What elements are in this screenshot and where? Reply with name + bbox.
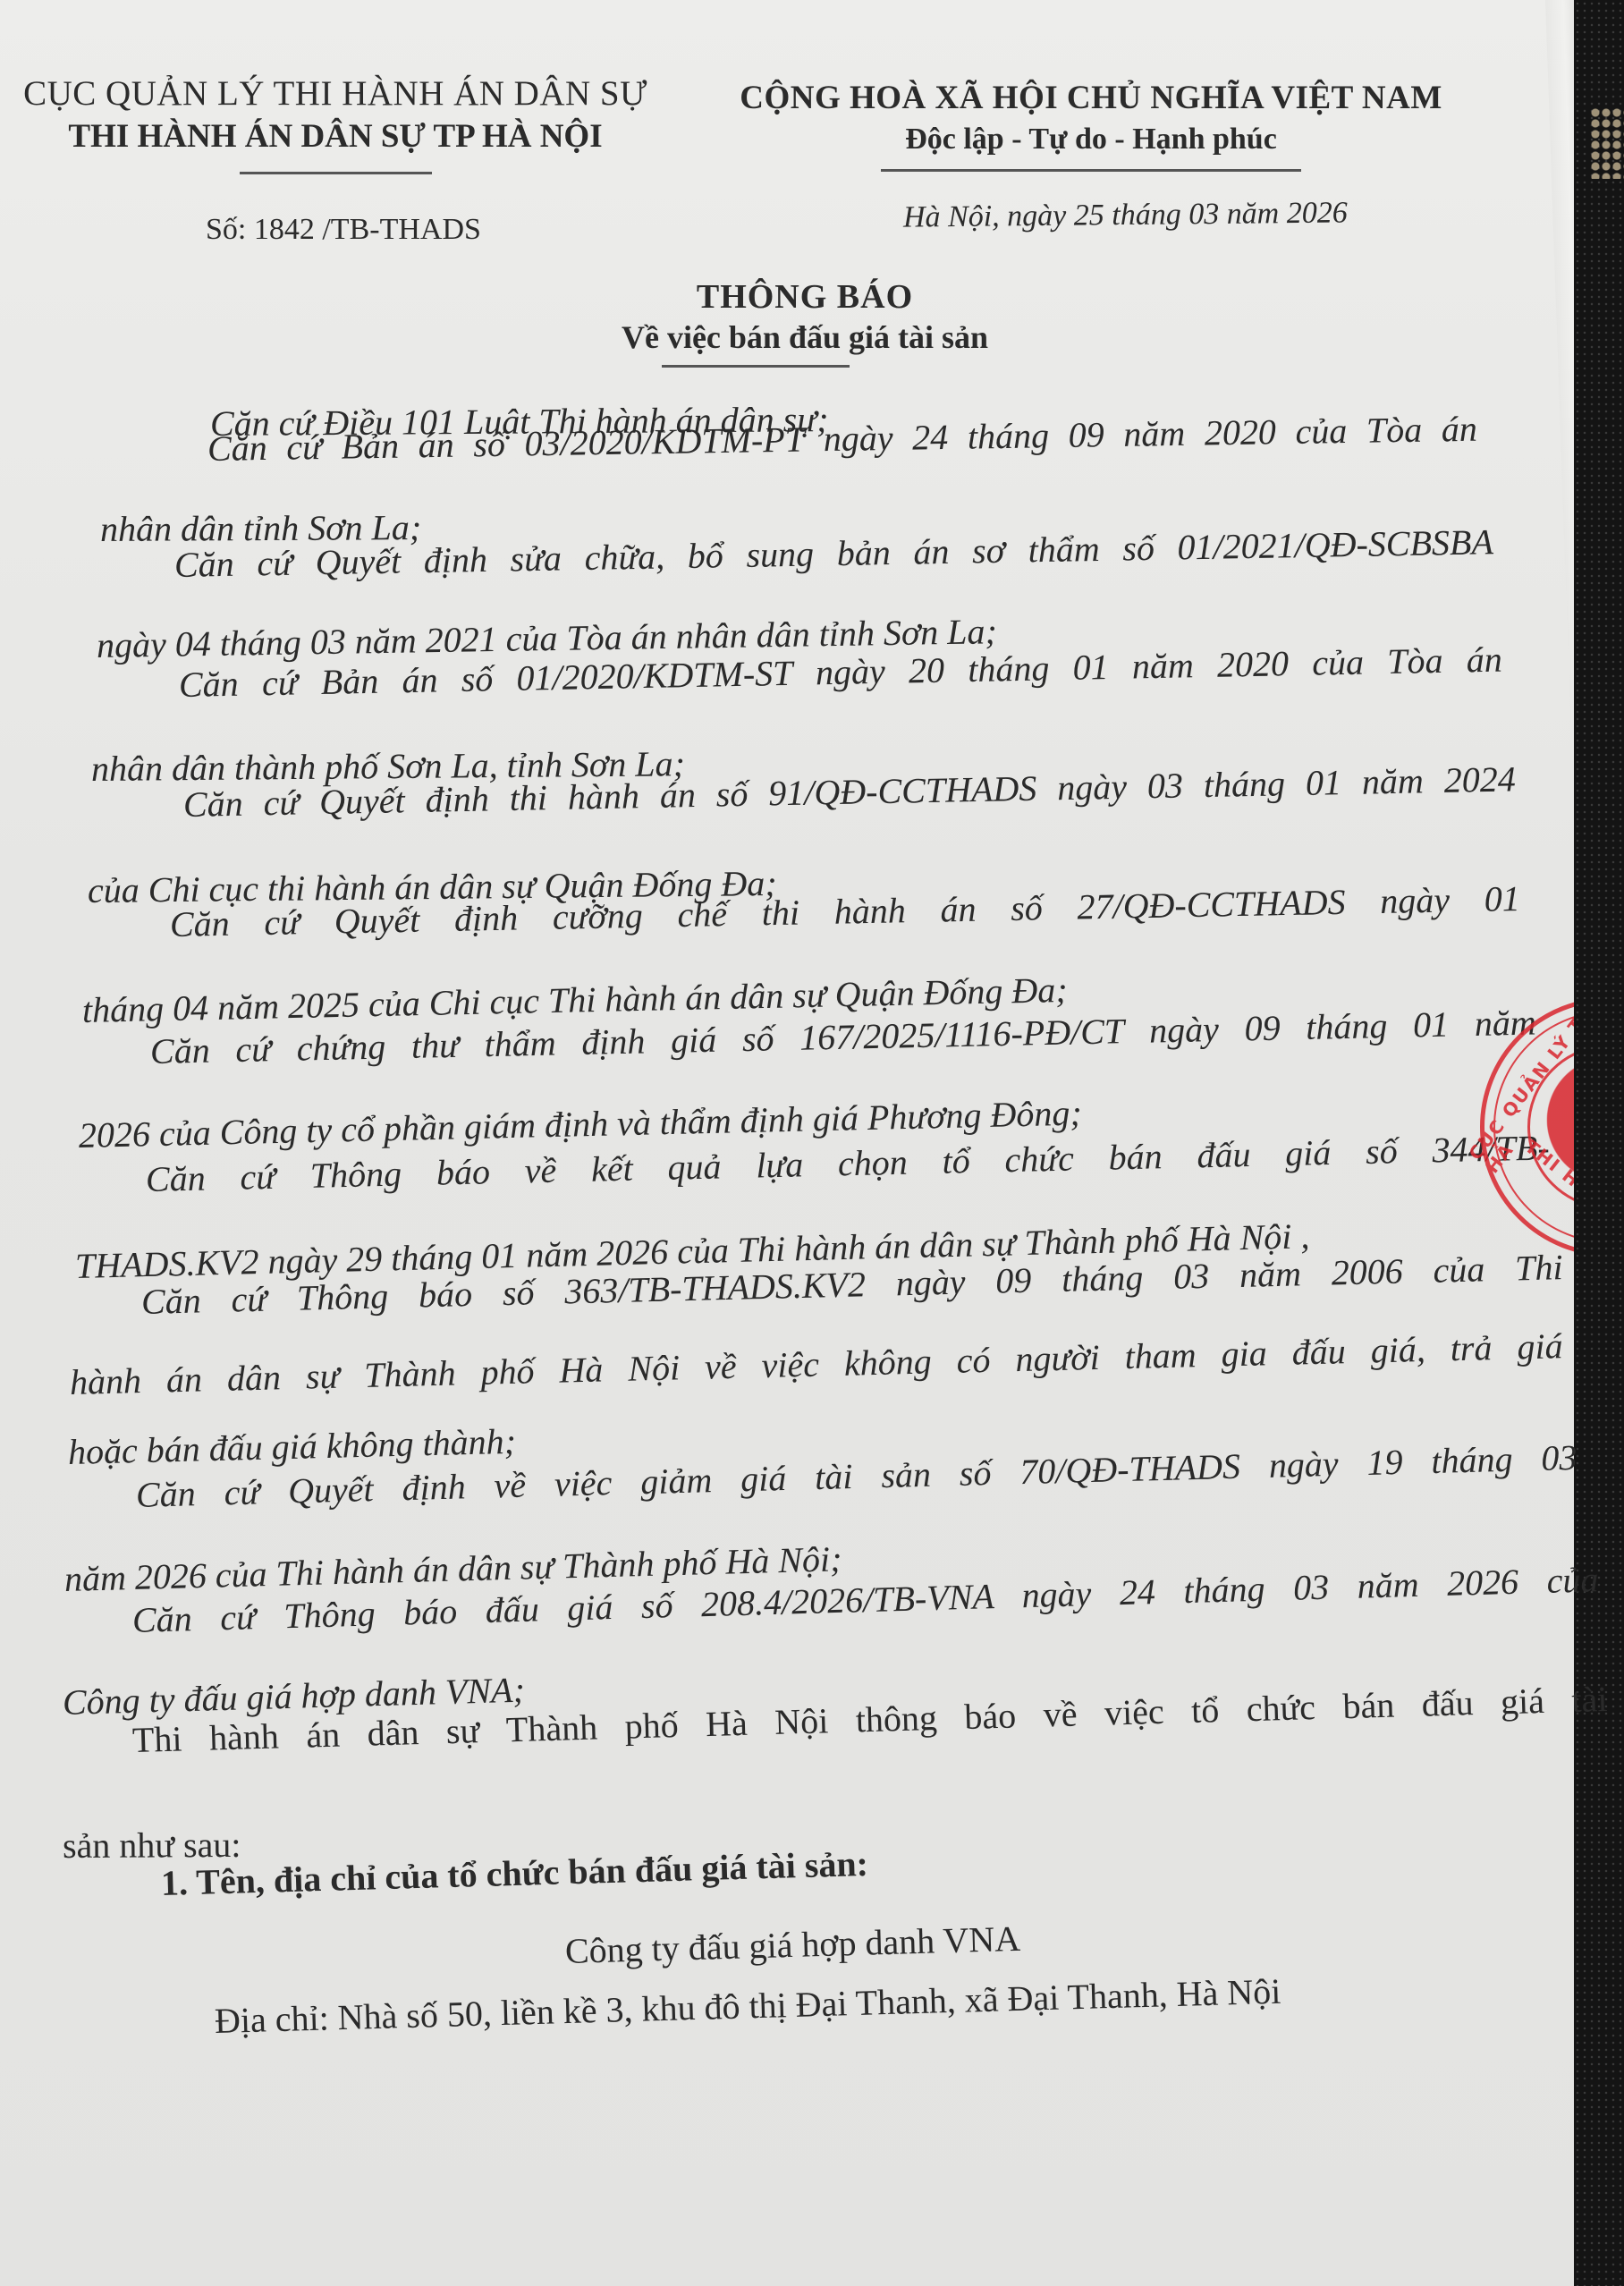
fabric-pattern	[1590, 107, 1624, 179]
stamp-area: ★ CỤC QUẢN LÝ THI HÀ THI HÀNH ÁN	[0, 0, 1574, 2286]
background-fabric	[1574, 0, 1624, 2286]
official-red-stamp: ★ CỤC QUẢN LÝ THI HÀ THI HÀNH ÁN	[1480, 997, 1574, 1257]
